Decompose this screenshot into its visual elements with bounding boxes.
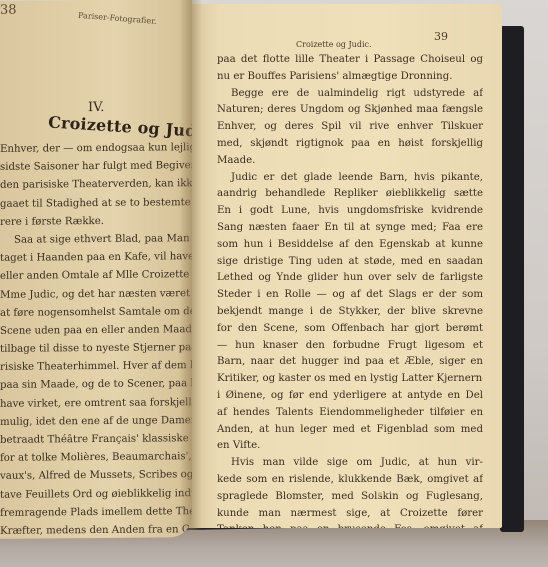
- text-line: i Øinene, og før end yderligere at antyd…: [217, 388, 483, 405]
- text-line: Judic er det glade leende Barn, hvis pik…: [217, 170, 483, 187]
- text-line: Lethed og Ynde glider hun over selv de f…: [217, 270, 483, 287]
- text-line: at føre nogensomhelst Samtale om den Bul…: [0, 303, 192, 323]
- text-line: fremragende Plads imellem dette Theaters…: [0, 503, 192, 523]
- text-line: Hvis man vilde sige om Judic, at hun vir…: [217, 455, 483, 472]
- text-line: spraglede Blomster, med Solskin og Fugle…: [217, 489, 483, 506]
- text-line: Tanken hen paa en brusende Fos, omgivet …: [217, 522, 483, 528]
- text-line: nu er Bouffes Parisiens' almægtige Dronn…: [217, 69, 483, 86]
- left-page-text: Enhver, der — om endogsaa kun lejligheds…: [0, 139, 192, 539]
- text-line: risiske Theaterhimmel. Hver af dem har g…: [0, 357, 192, 377]
- text-line: taget i Haanden paa en Kafe, vil have br…: [0, 248, 192, 268]
- text-line: en Vifte.: [217, 438, 483, 455]
- text-line: som hun i Besiddelse af den Egenskab at …: [217, 237, 483, 254]
- text-line: vaux's, Alfred de Mussets, Scribes og Oc…: [0, 467, 192, 487]
- text-line: Begge ere de ualmindelig rigt udstyrede …: [217, 86, 483, 103]
- chapter-number: IV.: [88, 100, 104, 115]
- text-line: paa sin Maade, og de to Scener, paa hvil…: [0, 376, 192, 396]
- text-line: den parisiske Theaterverden, kan ikke ha…: [0, 176, 192, 196]
- text-line: Sang næsten faaer En til at synge med; F…: [217, 220, 483, 237]
- running-head-left: Pariser-Fotografier.: [78, 11, 157, 26]
- text-line: Kræfter, medens den Anden fra en Café ch…: [0, 521, 192, 539]
- chapter-title: Croizette og Judic.: [48, 112, 192, 141]
- text-line: bekjendt mange i de Stykker, der blive s…: [217, 304, 483, 321]
- text-line: betraadt Théâtre Français' klassiske Bre…: [0, 430, 192, 450]
- text-line: sige dristige Ting uden at støde, med en…: [217, 254, 483, 271]
- running-head-right: Croizette og Judic.: [296, 40, 372, 49]
- text-line: aandrig behandlede Repliker øieblikkelig…: [217, 186, 483, 203]
- text-line: kede som en rislende, klukkende Bæk, omg…: [217, 472, 483, 489]
- text-line: En i godt Lune, hvis ungdomsfriske kvidr…: [217, 203, 483, 220]
- text-line: Kritiker, og kaster os med en lystig Lat…: [217, 371, 483, 388]
- text-line: for at tolke Molières, Beaumarchais', Ma…: [0, 448, 192, 468]
- text-line: paa det flotte lille Theater i Passage C…: [217, 52, 483, 69]
- paper-stain: [378, 492, 382, 496]
- text-line: Enhver, der — om endogsaa kun lejligheds…: [0, 139, 192, 159]
- text-line: gaaet til Stadighed at se to bestemte Na…: [0, 194, 192, 214]
- text-line: Saa at sige ethvert Blad, paa Man tog fa: [0, 230, 192, 250]
- text-line: rere i første Række.: [0, 212, 192, 232]
- text-line: have virket, ere omtrent saa forskjellig…: [0, 394, 192, 414]
- text-line: Steder i en Rolle — og af det Slags er d…: [217, 287, 483, 304]
- left-page: 38 Pariser-Fotografier. IV. Croizette og…: [0, 0, 192, 539]
- page-number-right: 39: [434, 30, 448, 43]
- text-line: af hendes Talents Eiendommeligheder tilf…: [217, 405, 483, 422]
- text-line: Scene uden paa en eller anden Maade at k…: [0, 321, 192, 341]
- text-line: Anden, at hun leger med et Figenblad som…: [217, 422, 483, 439]
- text-line: Maade.: [217, 153, 483, 170]
- text-line: — hun knaser den forbudne Frugt ligesom …: [217, 338, 483, 355]
- text-line: Barn, naar det hugger ind paa et Æble, s…: [217, 354, 483, 371]
- text-line: med, skjøndt rigtignok paa en høist fors…: [217, 136, 483, 153]
- text-line: for den Scene, som Offenbach har gjort b…: [217, 321, 483, 338]
- page-number-left: 38: [0, 3, 17, 18]
- text-line: tave Feuillets Ord og øieblikkelig indta…: [0, 485, 192, 505]
- text-line: sidste Saisoner har fulgt med Begivenhed…: [0, 157, 192, 177]
- text-line: tilbage til disse to nyeste Stjerner paa…: [0, 339, 192, 359]
- right-page: 39 Croizette og Judic. paa det flotte li…: [188, 4, 502, 528]
- book-cover-right-edge: [500, 26, 524, 532]
- right-page-text: paa det flotte lille Theater i Passage C…: [217, 52, 483, 528]
- text-line: eller anden Omtale af Mlle Croizette ell…: [0, 266, 192, 286]
- text-line: Enhver, og deres Spil vil rive enhver Ti…: [217, 119, 483, 136]
- text-line: mulig, idet den ene af de unge Damer str…: [0, 412, 192, 432]
- book-gutter: [180, 0, 202, 530]
- text-line: Mme Judic, og det har næsten været umuli…: [0, 285, 192, 305]
- text-line: Naturen; deres Ungdom og Skjønhed maa fæ…: [217, 102, 483, 119]
- text-line: kunde man nærmest sige, at Croizette før…: [217, 506, 483, 523]
